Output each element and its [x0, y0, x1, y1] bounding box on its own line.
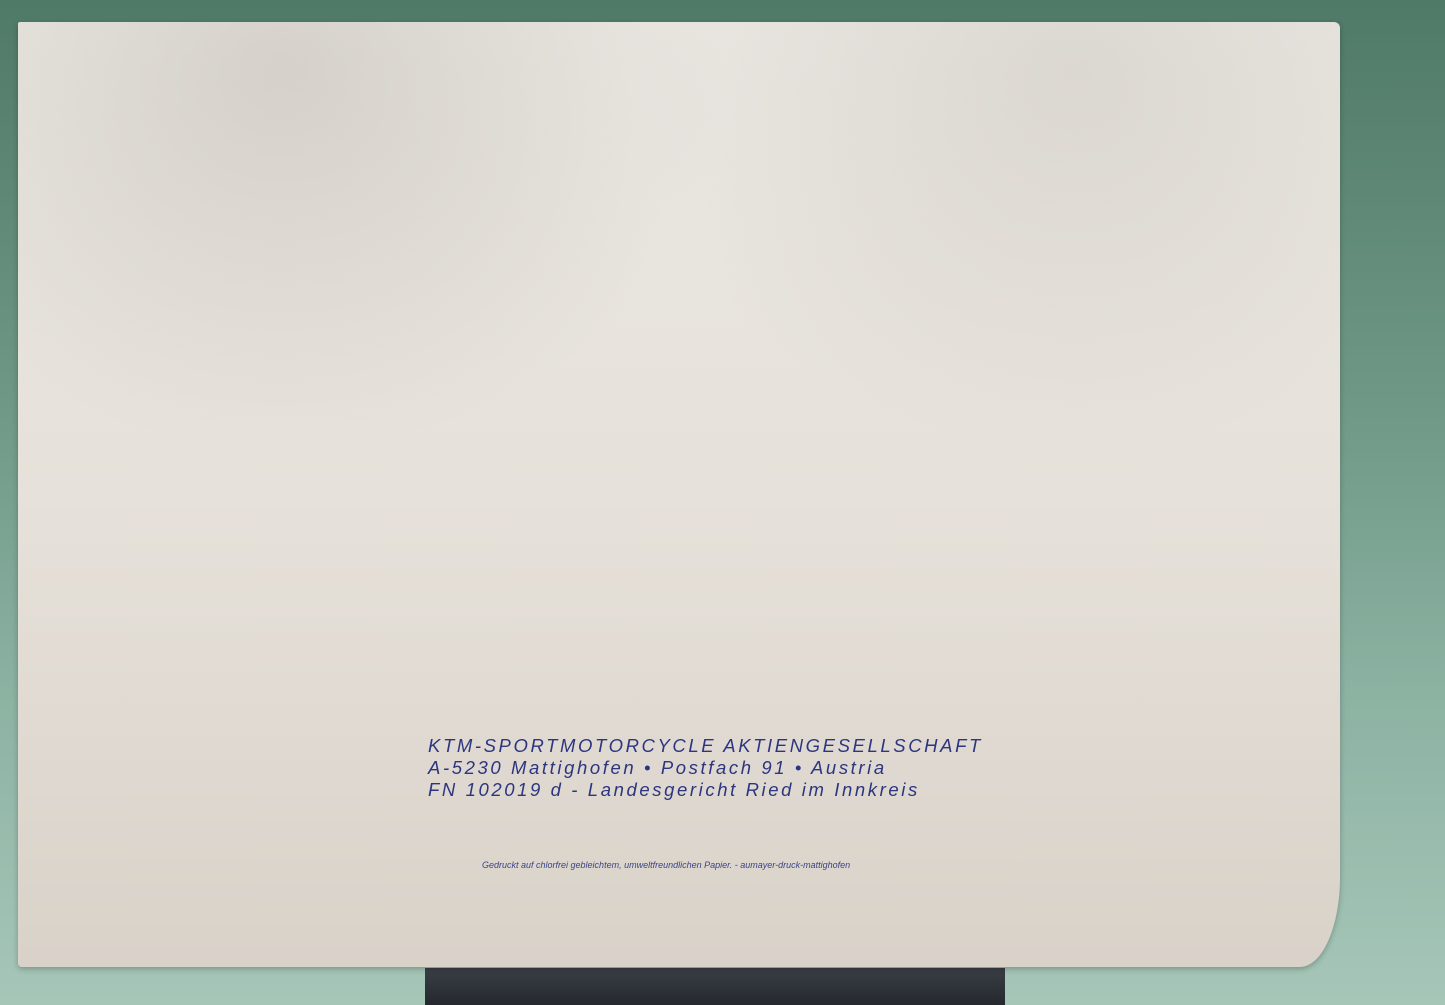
brochure-back-cover	[18, 22, 1340, 967]
registration-info: FN 102019 d - Landesgericht Ried im Innk…	[428, 779, 983, 801]
display-stand	[425, 968, 1005, 1005]
company-name: KTM-SPORTMOTORCYCLE AKTIENGESELLSCHAFT	[428, 735, 983, 757]
printer-note: Gedruckt auf chlorfrei gebleichtem, umwe…	[482, 860, 850, 870]
postal-address: A-5230 Mattighofen • Postfach 91 • Austr…	[428, 757, 983, 779]
company-address-block: KTM-SPORTMOTORCYCLE AKTIENGESELLSCHAFT A…	[428, 735, 983, 801]
